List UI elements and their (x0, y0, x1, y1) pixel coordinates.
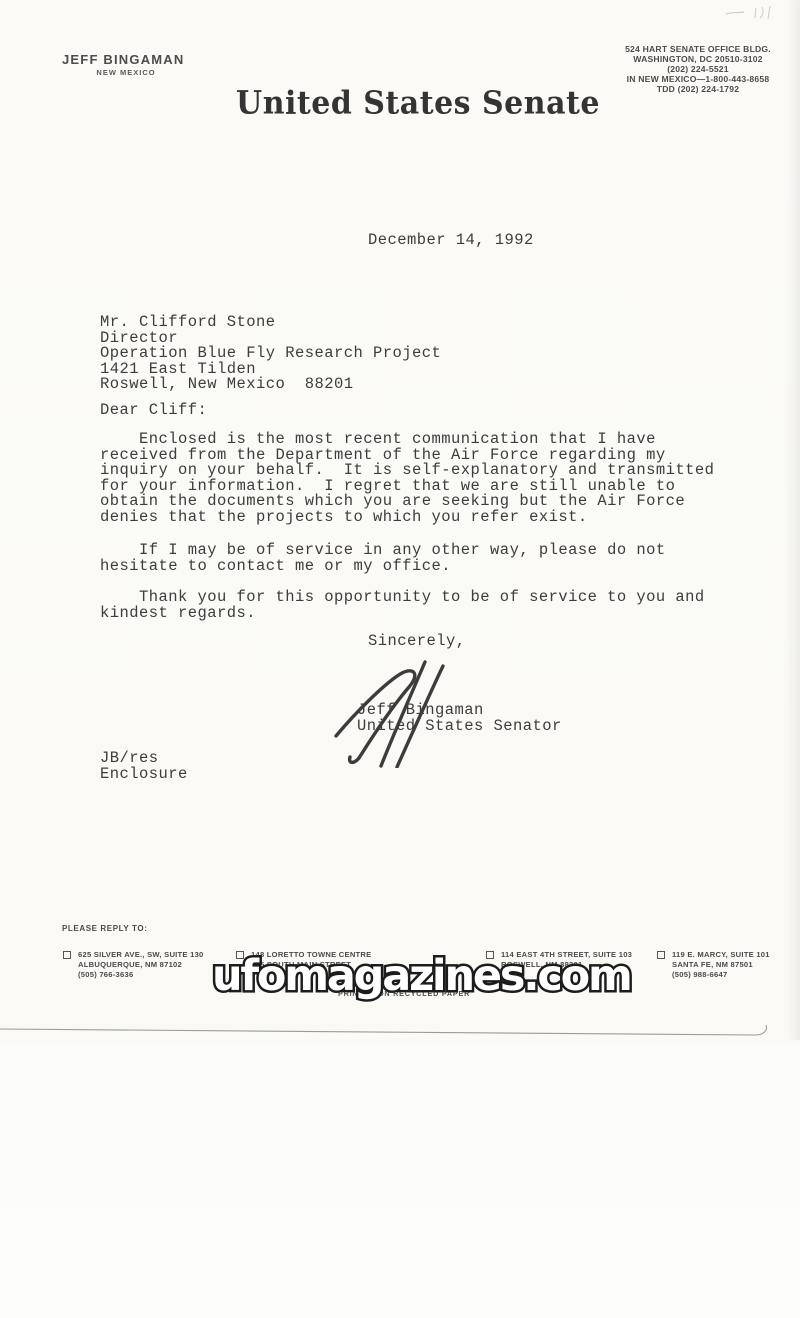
office-checkbox-icon (657, 951, 665, 959)
reference-enclosure-block: JB/res Enclosure (100, 751, 188, 782)
sender-state: NEW MEXICO (62, 68, 190, 77)
body-paragraph-3: Thank you for this opportunity to be of … (100, 590, 705, 621)
office-albuquerque: 625 SILVER AVE., SW, SUITE 130 ALBUQUERQ… (63, 950, 204, 980)
body-paragraph-1: Enclosed is the most recent communicatio… (100, 432, 714, 526)
please-reply-label: PLEASE REPLY TO: (62, 924, 147, 933)
office-address-lines: 625 SILVER AVE., SW, SUITE 130 ALBUQUERQ… (78, 950, 204, 980)
office-checkbox-icon (63, 951, 71, 959)
scanned-letter-page: JEFF BINGAMAN NEW MEXICO 524 HART SENATE… (0, 0, 800, 1318)
body-paragraph-2: If I may be of service in any other way,… (100, 543, 666, 574)
scan-edge-shadow (786, 0, 800, 1040)
letter-date: December 14, 1992 (368, 233, 534, 249)
closing: Sincerely, (368, 634, 466, 650)
office-santa-fe: 119 E. MARCY, SUITE 101 SANTA FE, NM 875… (657, 950, 770, 980)
recipient-address-block: Mr. Clifford Stone Director Operation Bl… (100, 315, 441, 393)
handwritten-signature (330, 660, 458, 768)
senate-letterhead-title: United States Senate (0, 85, 800, 122)
watermark: ufomagazines.com (212, 951, 592, 1001)
office-address-lines: 119 E. MARCY, SUITE 101 SANTA FE, NM 875… (672, 950, 770, 980)
salutation: Dear Cliff: (100, 403, 207, 419)
sender-name: JEFF BINGAMAN (62, 52, 185, 67)
pencil-mark-annotation (722, 2, 782, 24)
scan-page-edge-line (0, 1018, 800, 1048)
